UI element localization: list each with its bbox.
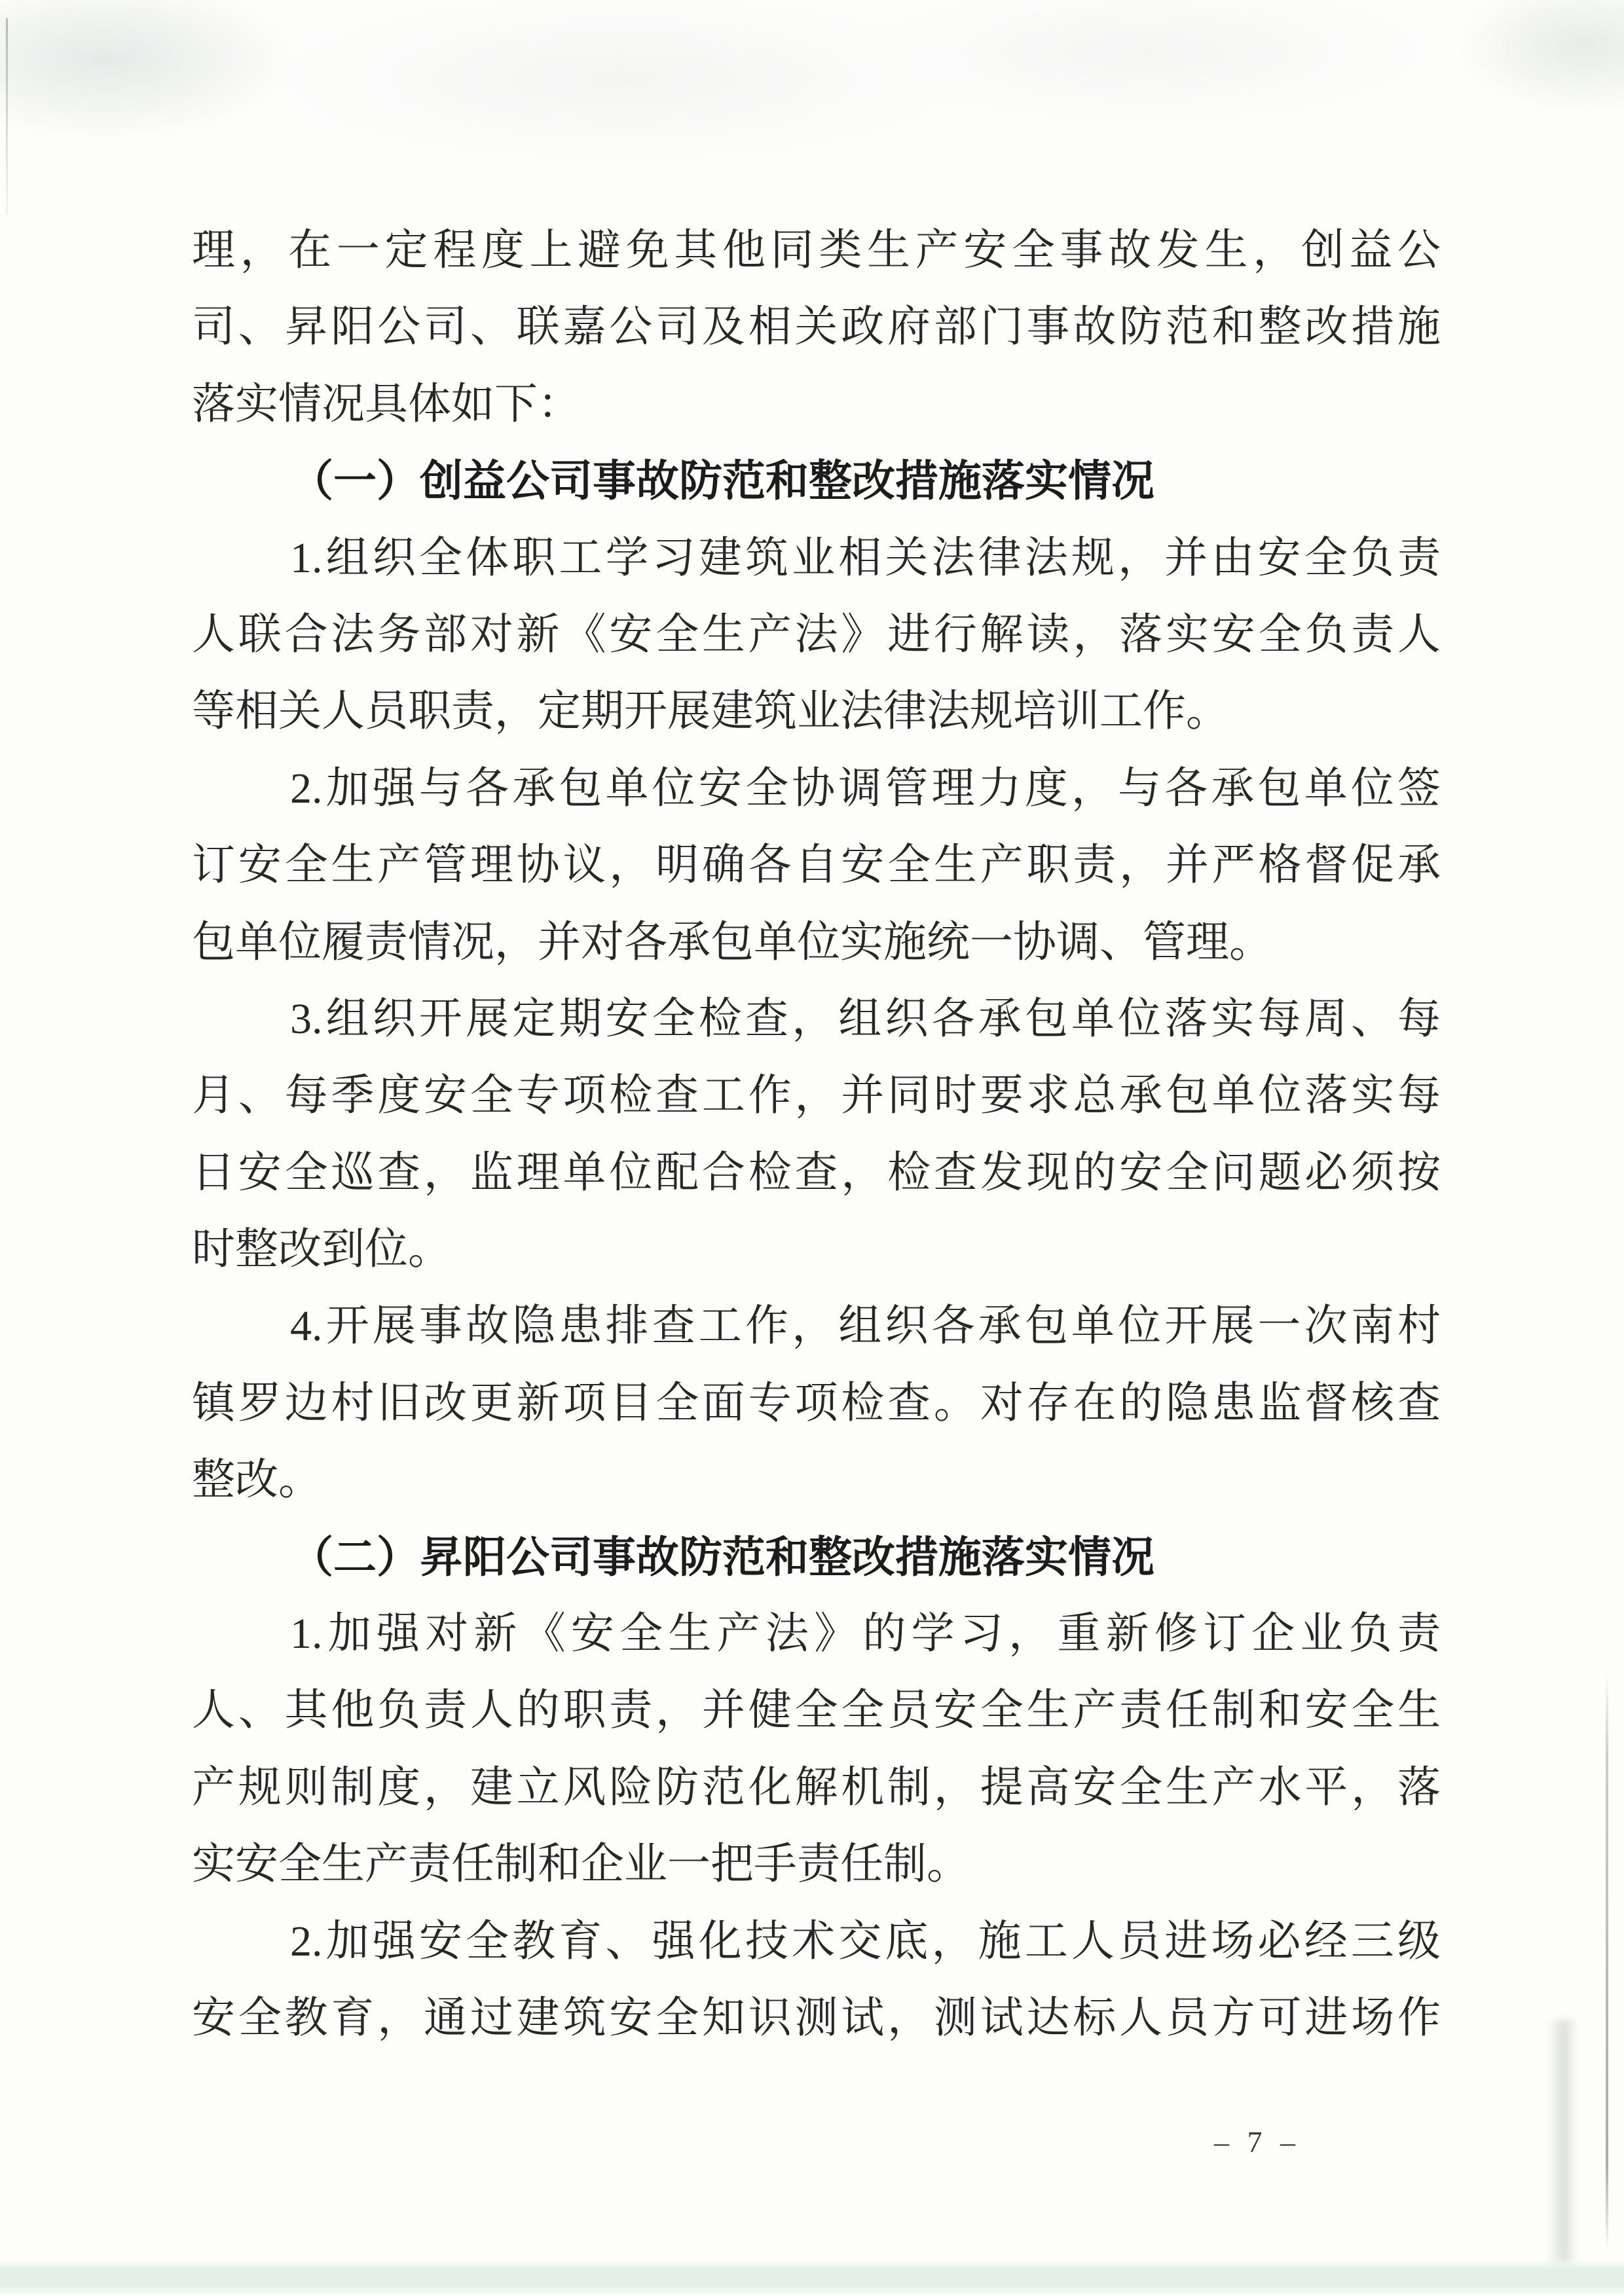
document-text-block: 理，在一定程度上避免其他同类生产安全事故发生，创益公 司、昇阳公司、联嘉公司及相… — [192, 212, 1441, 2056]
body-text-line: 4.开展事故隐患排查工作，组织各承包单位开展一次南村 — [192, 1288, 1441, 1364]
body-text-line: 时整改到位。 — [192, 1211, 1441, 1288]
body-text-line: 实安全生产责任制和企业一把手责任制。 — [192, 1826, 1441, 1903]
body-text-line: 等相关人员职责，定期开展建筑业法律法规培训工作。 — [192, 673, 1441, 750]
body-text-line: 人联合法务部对新《安全生产法》进行解读，落实安全负责人 — [192, 596, 1441, 673]
body-text-line: 2.加强与各承包单位安全协调管理力度，与各承包单位签 — [192, 750, 1441, 827]
body-text-line: 产规则制度，建立风险防范化解机制，提高安全生产水平，落 — [192, 1749, 1441, 1826]
body-text-line: 订安全生产管理协议，明确各自安全生产职责，并严格督促承 — [192, 827, 1441, 903]
scanned-document-page: 理，在一定程度上避免其他同类生产安全事故发生，创益公 司、昇阳公司、联嘉公司及相… — [0, 0, 1624, 2296]
body-text-line: 安全教育，通过建筑安全知识测试，测试达标人员方可进场作 — [192, 1980, 1441, 2056]
body-text-line: 1.加强对新《安全生产法》的学习，重新修订企业负责 — [192, 1595, 1441, 1672]
scan-artifact-right-band — [1548, 2020, 1576, 2262]
scan-artifact-left-edge-line — [6, 18, 8, 215]
section-heading-2: （二）昇阳公司事故防范和整改措施落实情况 — [192, 1519, 1441, 1595]
body-text-line: 1.组织全体职工学习建筑业相关法律法规，并由安全负责 — [192, 520, 1441, 596]
body-text-line: 人、其他负责人的职责，并健全全员安全生产责任制和安全生 — [192, 1672, 1441, 1749]
body-text-line: 日安全巡查，监理单位配合检查，检查发现的安全问题必须按 — [192, 1135, 1441, 1211]
body-text-line: 镇罗边村旧改更新项目全面专项检查。对存在的隐患监督核查 — [192, 1365, 1441, 1442]
body-text-line: 落实情况具体如下： — [192, 366, 1441, 443]
body-text-line: 司、昇阳公司、联嘉公司及相关政府部门事故防范和整改措施 — [192, 289, 1441, 365]
scan-artifact-right-edge-line — [1606, 1673, 1608, 2252]
body-text-line: 整改。 — [192, 1442, 1441, 1518]
body-text-line: 2.加强安全教育、强化技术交底，施工人员进场必经三级 — [192, 1903, 1441, 1980]
body-text-line: 月、每季度安全专项检查工作，并同时要求总承包单位落实每 — [192, 1057, 1441, 1134]
body-text-line: 3.组织开展定期安全检查，组织各承包单位落实每周、每 — [192, 981, 1441, 1057]
scan-noise-top — [0, 0, 1624, 223]
scan-artifact-bottom-strip — [0, 2260, 1624, 2294]
body-text-line: 理，在一定程度上避免其他同类生产安全事故发生，创益公 — [192, 212, 1441, 289]
page-number: – 7 – — [1179, 2119, 1336, 2166]
body-text-line: 包单位履责情况，并对各承包单位实施统一协调、管理。 — [192, 904, 1441, 981]
section-heading-1: （一）创益公司事故防范和整改措施落实情况 — [192, 443, 1441, 519]
